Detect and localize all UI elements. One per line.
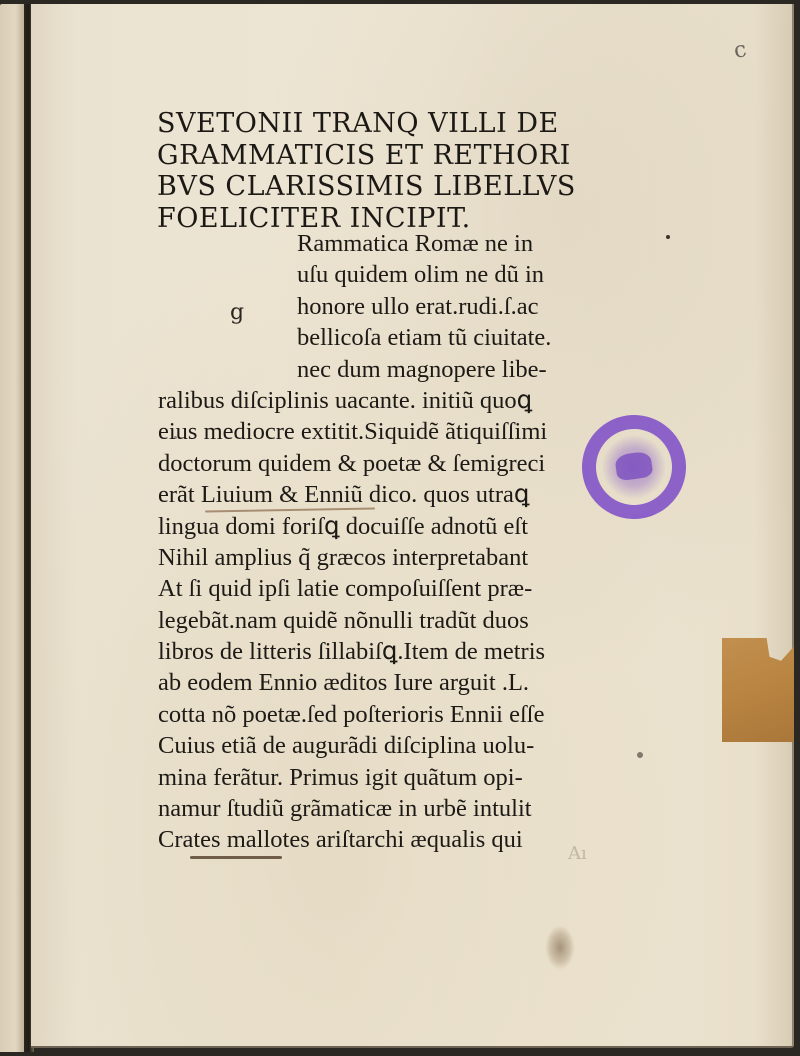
text-line: uſu quidem olim ne dũ in — [158, 259, 588, 290]
heading-line: BVS CLARISSIMIS LIBELLVS — [157, 171, 597, 203]
body-text: Rammatica Romæ ne in uſu quidem olim ne … — [158, 228, 588, 856]
paper-speck — [637, 752, 643, 758]
ink-underline-mark — [190, 856, 282, 859]
text-line: cotta nõ poetæ.ſed poſterioris Ennii eſſ… — [158, 699, 588, 730]
heading-line: GRAMMATICIS ET RETHORI — [157, 140, 597, 172]
text-line: libros de litteris ſillabiſꝗ.Item de met… — [158, 636, 588, 667]
text-line: Crates mallotes ariſtarchi æqualis qui — [158, 824, 588, 855]
text-line: namur ſtudiũ grãmaticæ in urbẽ intulit — [158, 793, 588, 824]
text-line: mina ferãtur. Primus igit quãtum opi- — [158, 762, 588, 793]
paper-stain — [545, 925, 575, 970]
text-line: At ſi quid ipſi latie compoſuiſſent præ- — [158, 573, 588, 604]
text-line: legebãt.nam quidẽ nõnulli tradũt duos — [158, 605, 588, 636]
text-line: ralibus diſciplinis uacante. initiũ quoꝗ — [158, 385, 588, 416]
text-line: nec dum magnopere libe- — [158, 354, 588, 385]
page-scan: c SVETONII TRANQ VILLI DE GRAMMATICIS ET… — [0, 0, 800, 1056]
stamp-emblem — [614, 451, 653, 482]
incipit-heading: SVETONII TRANQ VILLI DE GRAMMATICIS ET R… — [157, 108, 597, 234]
text-line: Cuius etiã de augurãdi diſciplina uolu- — [158, 730, 588, 761]
text-line: bellicoſa etiam tũ ciuitate. — [158, 322, 588, 353]
text-line: eius mediocre extitit.Siquidẽ ãtiquiſſim… — [158, 416, 588, 447]
text-line: ab eodem Ennio æditos Iure arguit .L. — [158, 667, 588, 698]
text-line: doctorum quidem & poetæ & ſemigreci — [158, 448, 588, 479]
offset-ink-mark: Aı — [568, 843, 587, 864]
heading-line: SVETONII TRANQ VILLI DE — [157, 108, 597, 140]
text-line: honore ullo erat.rudi.ſ.ac — [158, 291, 588, 322]
text-line: Rammatica Romæ ne in — [158, 228, 588, 259]
text-line: erãt Liuium & Enniũ dico. quos utraꝗ — [158, 479, 588, 510]
paper-speck — [666, 235, 670, 239]
text-line: lingua domi foriſꝗ docuiſſe adnotũ eſt — [158, 511, 588, 542]
text-line: Nihil amplius q̃ græcos interpretabant — [158, 542, 588, 573]
